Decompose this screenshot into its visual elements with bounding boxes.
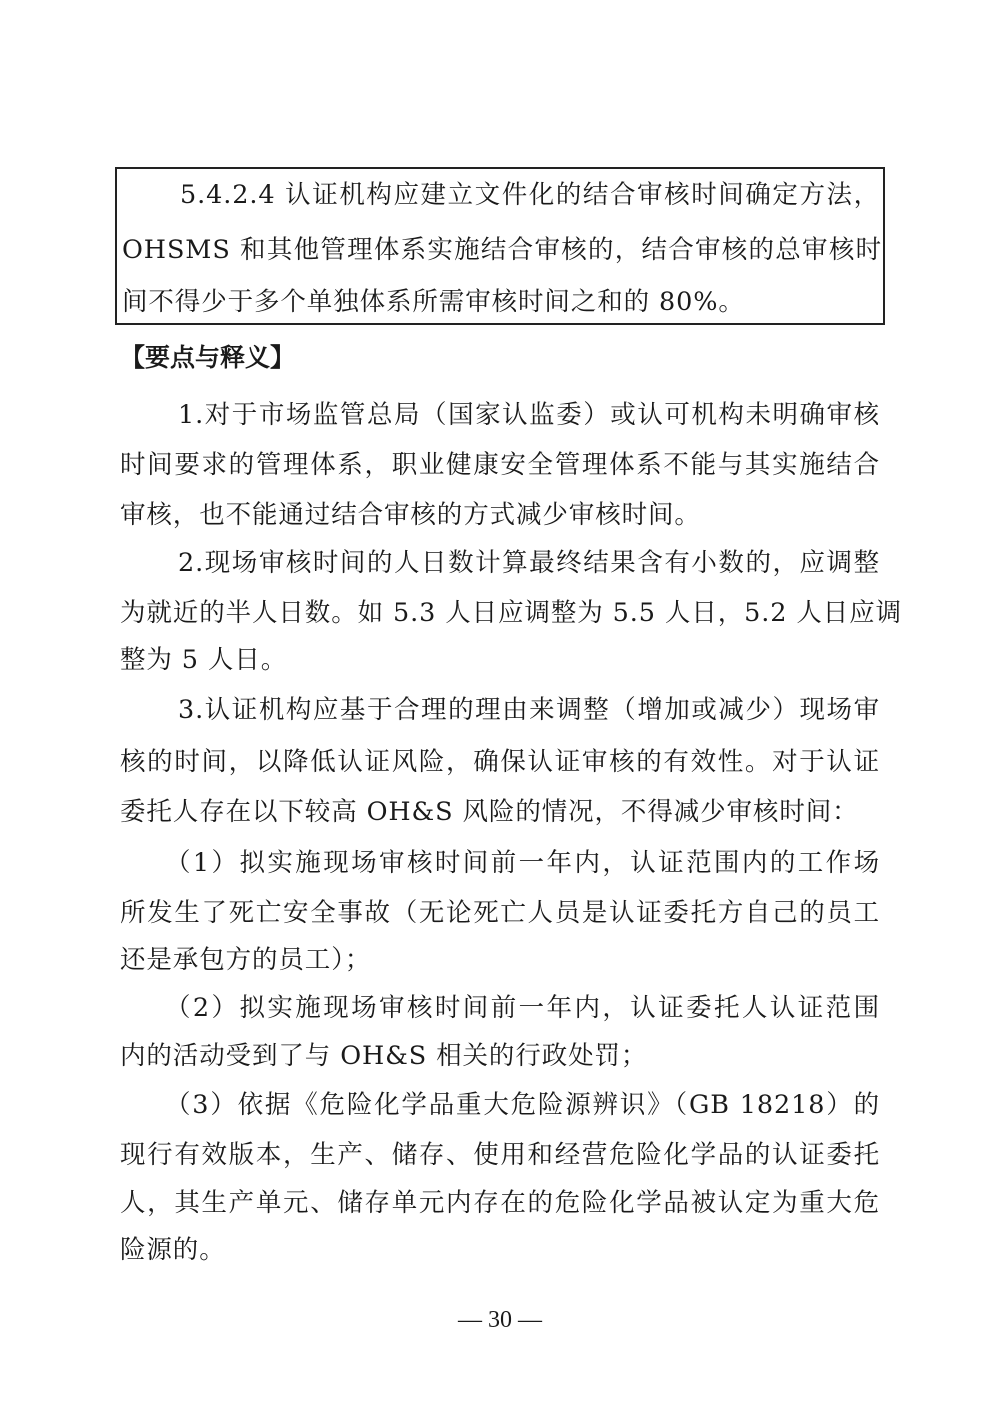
paragraph-line: （3）依据《危险化学品重大危险源辨识》（GB 18218）的 [165,1090,880,1120]
paragraph-line: 为就近的半人日数。如 5.3 人日应调整为 5.5 人日，5.2 人日应调 [120,598,880,628]
clause-line: 间不得少于多个单独体系所需审核时间之和的 80%。 [122,287,745,317]
page-number: — 30 — [0,1305,1000,1335]
paragraph-line: 3.认证机构应基于合理的理由来调整（增加或减少）现场审 [178,695,880,725]
paragraph-line: 还是承包方的员工）； [120,945,371,975]
paragraph-line: （2）拟实施现场审核时间前一年内，认证委托人认证范围 [165,993,880,1023]
clause-line: OHSMS 和其他管理体系实施结合审核的，结合审核的总审核时 [122,235,882,265]
section-heading: 【要点与释义】 [120,343,295,373]
paragraph-line: 审核，也不能通过结合审核的方式减少审核时间。 [120,500,701,530]
paragraph-line: 1.对于市场监管总局（国家认监委）或认可机构未明确审核 [178,400,880,430]
paragraph-line: （1）拟实施现场审核时间前一年内，认证范围内的工作场 [165,848,880,878]
clause-line: 5.4.2.4 认证机构应建立文件化的结合审核时间确定方法， [180,180,880,210]
paragraph-line: 人，其生产单元、储存单元内存在的危险化学品被认定为重大危 [120,1188,880,1218]
document-page: 5.4.2.4 认证机构应建立文件化的结合审核时间确定方法， OHSMS 和其他… [0,0,1000,1414]
paragraph-line: 2.现场审核时间的人日数计算最终结果含有小数的，应调整 [178,548,880,578]
paragraph-line: 内的活动受到了与 OH&S 相关的行政处罚； [120,1041,647,1071]
paragraph-line: 时间要求的管理体系，职业健康安全管理体系不能与其实施结合 [120,450,880,480]
paragraph-line: 核的时间，以降低认证风险，确保认证审核的有效性。对于认证 [120,747,880,777]
paragraph-line: 现行有效版本，生产、储存、使用和经营危险化学品的认证委托 [120,1140,880,1170]
paragraph-line: 委托人存在以下较高 OH&S 风险的情况，不得减少审核时间： [120,797,859,827]
paragraph-line: 险源的。 [120,1235,226,1265]
paragraph-line: 整为 5 人日。 [120,645,287,675]
paragraph-line: 所发生了死亡安全事故（无论死亡人员是认证委托方自己的员工 [120,898,880,928]
